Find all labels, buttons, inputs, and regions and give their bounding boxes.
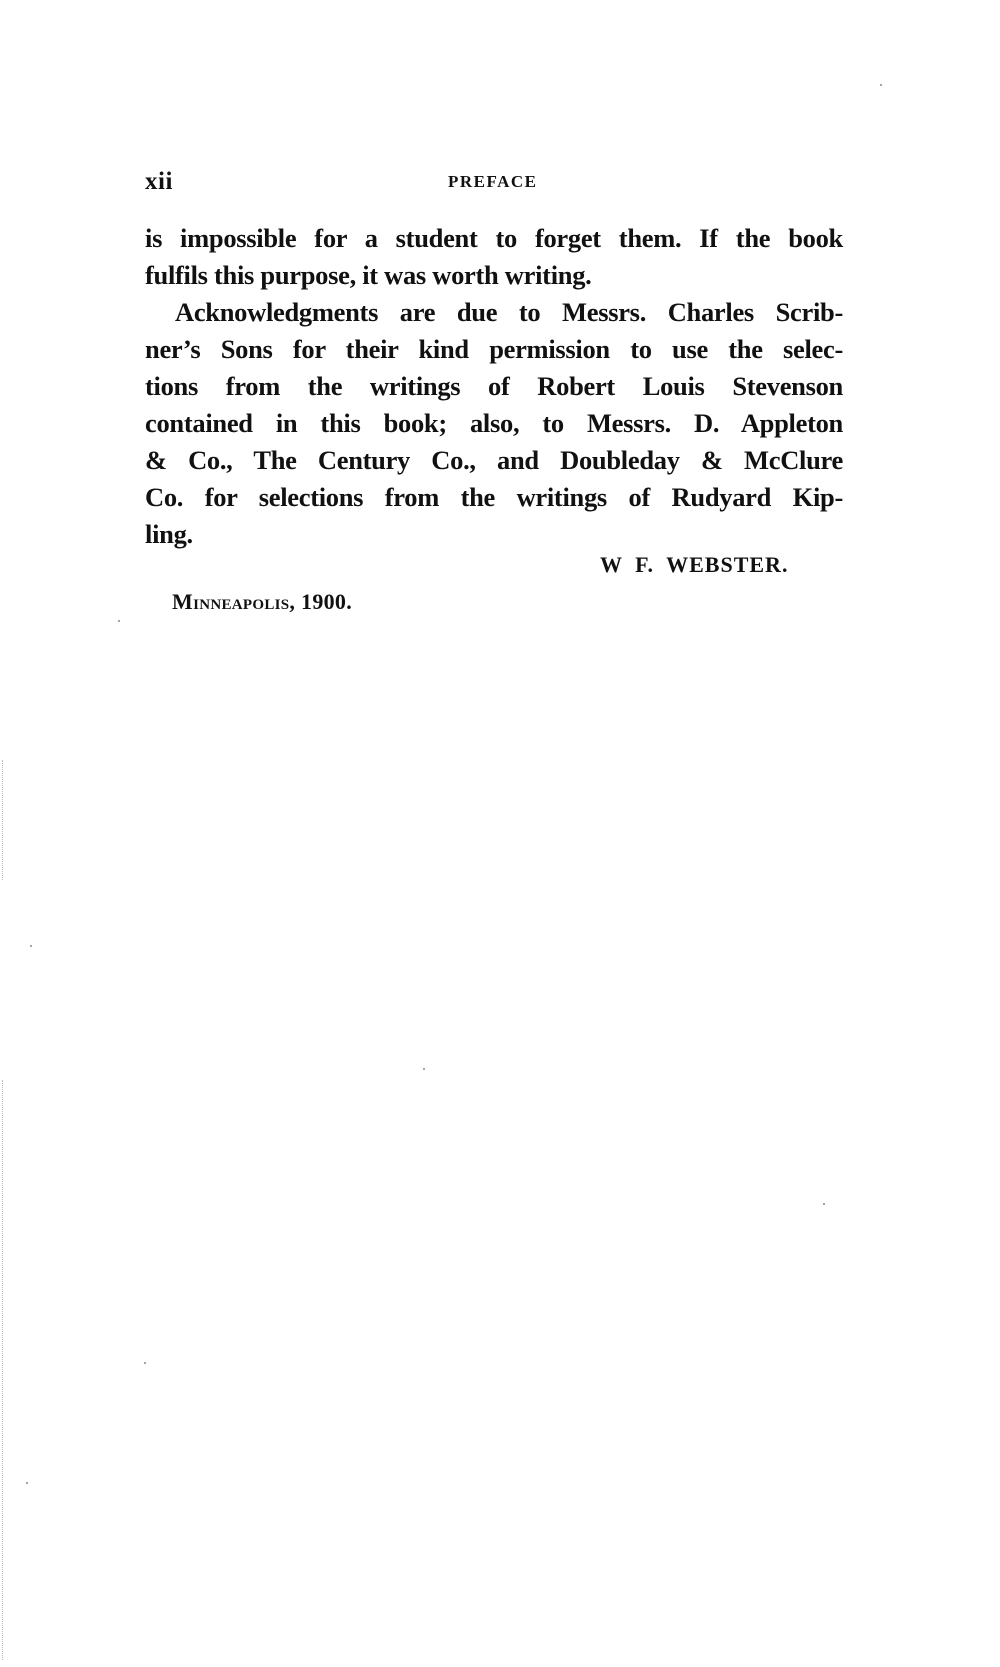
running-title: PREFACE [448,172,538,192]
scan-speck [144,1362,146,1364]
scan-speck [118,620,120,622]
text-line: tions from the writings of Robert Louis … [145,368,843,405]
text-line: Acknowledgments are due to Messrs. Charl… [145,294,843,331]
author-signature: W F. WEBSTER. [600,552,788,578]
scan-speck [30,945,32,947]
text-line: fulfils this purpose, it was worth writi… [145,257,843,294]
scan-speck [26,1482,28,1484]
place-date: Minneapolis, 1900. [172,589,352,615]
scan-speck [823,1203,825,1205]
text-line: Co. for selections from the writings of … [145,479,843,516]
text-line: & Co., The Century Co., and Doubleday & … [145,442,843,479]
page-number: xii [145,168,173,196]
scan-edge-artifact [2,1080,4,1660]
text-line: ner’s Sons for their kind permission to … [145,331,843,368]
scan-edge-artifact [2,760,4,880]
scan-speck [880,84,882,86]
text-line: ling. [145,516,843,553]
book-page: xii PREFACE is impossible for a student … [0,0,1000,1667]
text-line: is impossible for a student to forget th… [145,220,843,257]
scan-speck [423,1068,425,1070]
text-line: contained in this book; also, to Messrs.… [145,405,843,442]
running-head: xii PREFACE [145,168,843,198]
preface-body: is impossible for a student to forget th… [145,220,843,553]
